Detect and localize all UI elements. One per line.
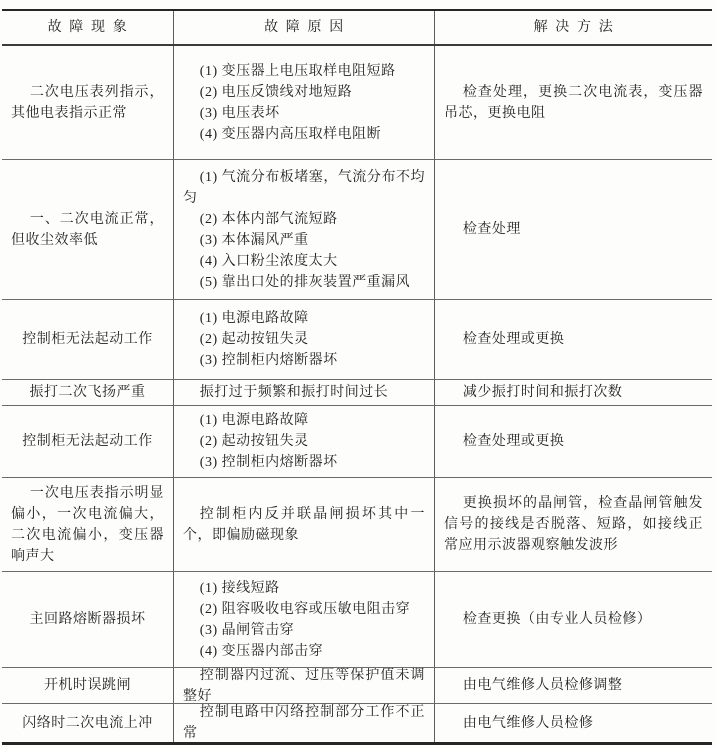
solution-cell: 检查处理或更换 <box>434 406 712 477</box>
fault-phenomenon-text: 一次电压表指示明显偏小，一次电流偏大，二次电流偏小，变压器响声大 <box>11 483 164 567</box>
header-solution: 解决方法 <box>434 11 712 44</box>
cause-item: (3) 晶闸管击穿 <box>183 620 425 641</box>
solution-text: 检查处理，更换二次电流表，变压器吊芯，更换电阻 <box>444 82 703 124</box>
fault-cause-cell: 控制柜内反并联晶闸损坏其中一个，即偏励磁现象 <box>173 478 434 571</box>
solution-cell: 减少振打时间和振打次数 <box>434 380 712 405</box>
cause-item: (1) 接线短路 <box>183 578 425 599</box>
cause-item: (4) 变压器内高压取样电阻断 <box>183 124 425 145</box>
table-row: 控制柜无法起动工作 (1) 电源电路故障(2) 起动按钮失灵(3) 控制柜内熔断… <box>2 406 712 478</box>
cause-item: (1) 气流分布板堵塞，气流分布不均匀 <box>183 167 425 209</box>
fault-phenomenon-cell: 控制柜无法起动工作 <box>2 300 173 379</box>
cause-item: (3) 电压表坏 <box>183 103 425 124</box>
table-row: 闪络时二次电流上冲 控制电路中闪络控制部分工作不正常 由电气维修人员检修 <box>2 704 712 742</box>
cause-item: (3) 控制柜内熔断器坏 <box>183 452 425 473</box>
fault-phenomenon-cell: 二次电压表列指示，其他电表指示正常 <box>2 46 173 159</box>
fault-cause-cell: 控制器内过流、过压等保护值未调整好 <box>173 668 434 703</box>
table-row: 一、二次电流正常，但收尘效率低 (1) 气流分布板堵塞，气流分布不均匀(2) 本… <box>2 160 712 300</box>
fault-phenomenon-text: 闪络时二次电流上冲 <box>11 713 164 734</box>
fault-phenomenon-cell: 主回路熔断器损坏 <box>2 572 173 667</box>
solution-text: 由电气维修人员检修 <box>444 713 703 734</box>
cause-item: (3) 控制柜内熔断器坏 <box>183 350 425 371</box>
table-row: 二次电压表列指示，其他电表指示正常 (1) 变压器上电压取样电阻短路(2) 电压… <box>2 46 712 160</box>
cause-item: (2) 起动按钮失灵 <box>183 431 425 452</box>
cause-item: (1) 电源电路故障 <box>183 410 425 431</box>
fault-phenomenon-text: 一、二次电流正常，但收尘效率低 <box>11 209 164 251</box>
fault-phenomenon-text: 二次电压表列指示，其他电表指示正常 <box>11 82 164 124</box>
solution-cell: 检查更换（由专业人员检修） <box>434 572 712 667</box>
solution-text: 检查处理或更换 <box>444 329 703 350</box>
header-fault-phenomenon: 故障现象 <box>2 11 173 44</box>
fault-phenomenon-text: 开机时误跳闸 <box>11 675 164 696</box>
solution-cell: 检查处理，更换二次电流表，变压器吊芯，更换电阻 <box>434 46 712 159</box>
fault-phenomenon-cell: 开机时误跳闸 <box>2 668 173 703</box>
solution-text: 由电气维修人员检修调整 <box>444 675 703 696</box>
header-fault-cause: 故障原因 <box>173 11 434 44</box>
cause-item: 控制柜内反并联晶闸损坏其中一个，即偏励磁现象 <box>183 504 425 546</box>
cause-item: (1) 变压器上电压取样电阻短路 <box>183 61 425 82</box>
fault-phenomenon-cell: 闪络时二次电流上冲 <box>2 704 173 742</box>
solution-cell: 更换损坏的晶闸管，检查晶闸管触发信号的接线是否脱落、短路，如接线正常应用示波器观… <box>434 478 712 571</box>
solution-text: 检查更换（由专业人员检修） <box>444 609 703 630</box>
fault-cause-cell: 振打过于频繁和振打时间过长 <box>173 380 434 405</box>
fault-phenomenon-cell: 一、二次电流正常，但收尘效率低 <box>2 160 173 299</box>
cause-item: (2) 阻容吸收电容或压敏电阻击穿 <box>183 599 425 620</box>
table-row: 一次电压表指示明显偏小，一次电流偏大，二次电流偏小，变压器响声大 控制柜内反并联… <box>2 478 712 572</box>
solution-text: 检查处理或更换 <box>444 431 703 452</box>
fault-table: 故障现象 故障原因 解决方法 二次电压表列指示，其他电表指示正常 (1) 变压器… <box>2 9 712 745</box>
cause-item: (2) 本体内部气流短路 <box>183 209 425 230</box>
solution-text: 减少振打时间和振打次数 <box>444 382 703 403</box>
fault-phenomenon-text: 控制柜无法起动工作 <box>11 431 164 452</box>
table-row: 控制柜无法起动工作 (1) 电源电路故障(2) 起动按钮失灵(3) 控制柜内熔断… <box>2 300 712 380</box>
fault-phenomenon-text: 控制柜无法起动工作 <box>11 329 164 350</box>
fault-cause-cell: (1) 接线短路(2) 阻容吸收电容或压敏电阻击穿(3) 晶闸管击穿(4) 变压… <box>173 572 434 667</box>
table-body: 二次电压表列指示，其他电表指示正常 (1) 变压器上电压取样电阻短路(2) 电压… <box>2 46 712 742</box>
table-row: 开机时误跳闸 控制器内过流、过压等保护值未调整好 由电气维修人员检修调整 <box>2 668 712 704</box>
fault-cause-cell: (1) 电源电路故障(2) 起动按钮失灵(3) 控制柜内熔断器坏 <box>173 406 434 477</box>
fault-phenomenon-text: 主回路熔断器损坏 <box>11 609 164 630</box>
fault-cause-cell: (1) 电源电路故障(2) 起动按钮失灵(3) 控制柜内熔断器坏 <box>173 300 434 379</box>
cause-item: (3) 本体漏风严重 <box>183 230 425 251</box>
table-row: 主回路熔断器损坏 (1) 接线短路(2) 阻容吸收电容或压敏电阻击穿(3) 晶闸… <box>2 572 712 668</box>
cause-item: (2) 起动按钮失灵 <box>183 329 425 350</box>
cause-item: 控制器内过流、过压等保护值未调整好 <box>183 668 425 703</box>
cause-item: (5) 靠出口处的排灰装置严重漏风 <box>183 272 425 293</box>
fault-phenomenon-cell: 一次电压表指示明显偏小，一次电流偏大，二次电流偏小，变压器响声大 <box>2 478 173 571</box>
fault-cause-cell: (1) 变压器上电压取样电阻短路(2) 电压反馈线对地短路(3) 电压表坏(4)… <box>173 46 434 159</box>
solution-cell: 由电气维修人员检修调整 <box>434 668 712 703</box>
solution-cell: 检查处理 <box>434 160 712 299</box>
cause-item: (1) 电源电路故障 <box>183 308 425 329</box>
cause-item: (4) 入口粉尘浓度太大 <box>183 251 425 272</box>
fault-cause-cell: 控制电路中闪络控制部分工作不正常 <box>173 704 434 742</box>
fault-phenomenon-cell: 振打二次飞扬严重 <box>2 380 173 405</box>
solution-text: 检查处理 <box>444 219 703 240</box>
table-row: 振打二次飞扬严重 振打过于频繁和振打时间过长 减少振打时间和振打次数 <box>2 380 712 406</box>
cause-item: 控制电路中闪络控制部分工作不正常 <box>183 704 425 742</box>
cause-item: (2) 电压反馈线对地短路 <box>183 82 425 103</box>
fault-phenomenon-text: 振打二次飞扬严重 <box>11 382 164 403</box>
fault-phenomenon-cell: 控制柜无法起动工作 <box>2 406 173 477</box>
fault-cause-cell: (1) 气流分布板堵塞，气流分布不均匀(2) 本体内部气流短路(3) 本体漏风严… <box>173 160 434 299</box>
solution-cell: 检查处理或更换 <box>434 300 712 379</box>
table-header-row: 故障现象 故障原因 解决方法 <box>2 11 712 46</box>
solution-text: 更换损坏的晶闸管，检查晶闸管触发信号的接线是否脱落、短路，如接线正常应用示波器观… <box>444 493 703 556</box>
cause-item: (4) 变压器内部击穿 <box>183 641 425 662</box>
solution-cell: 由电气维修人员检修 <box>434 704 712 742</box>
cause-item: 振打过于频繁和振打时间过长 <box>183 382 425 403</box>
